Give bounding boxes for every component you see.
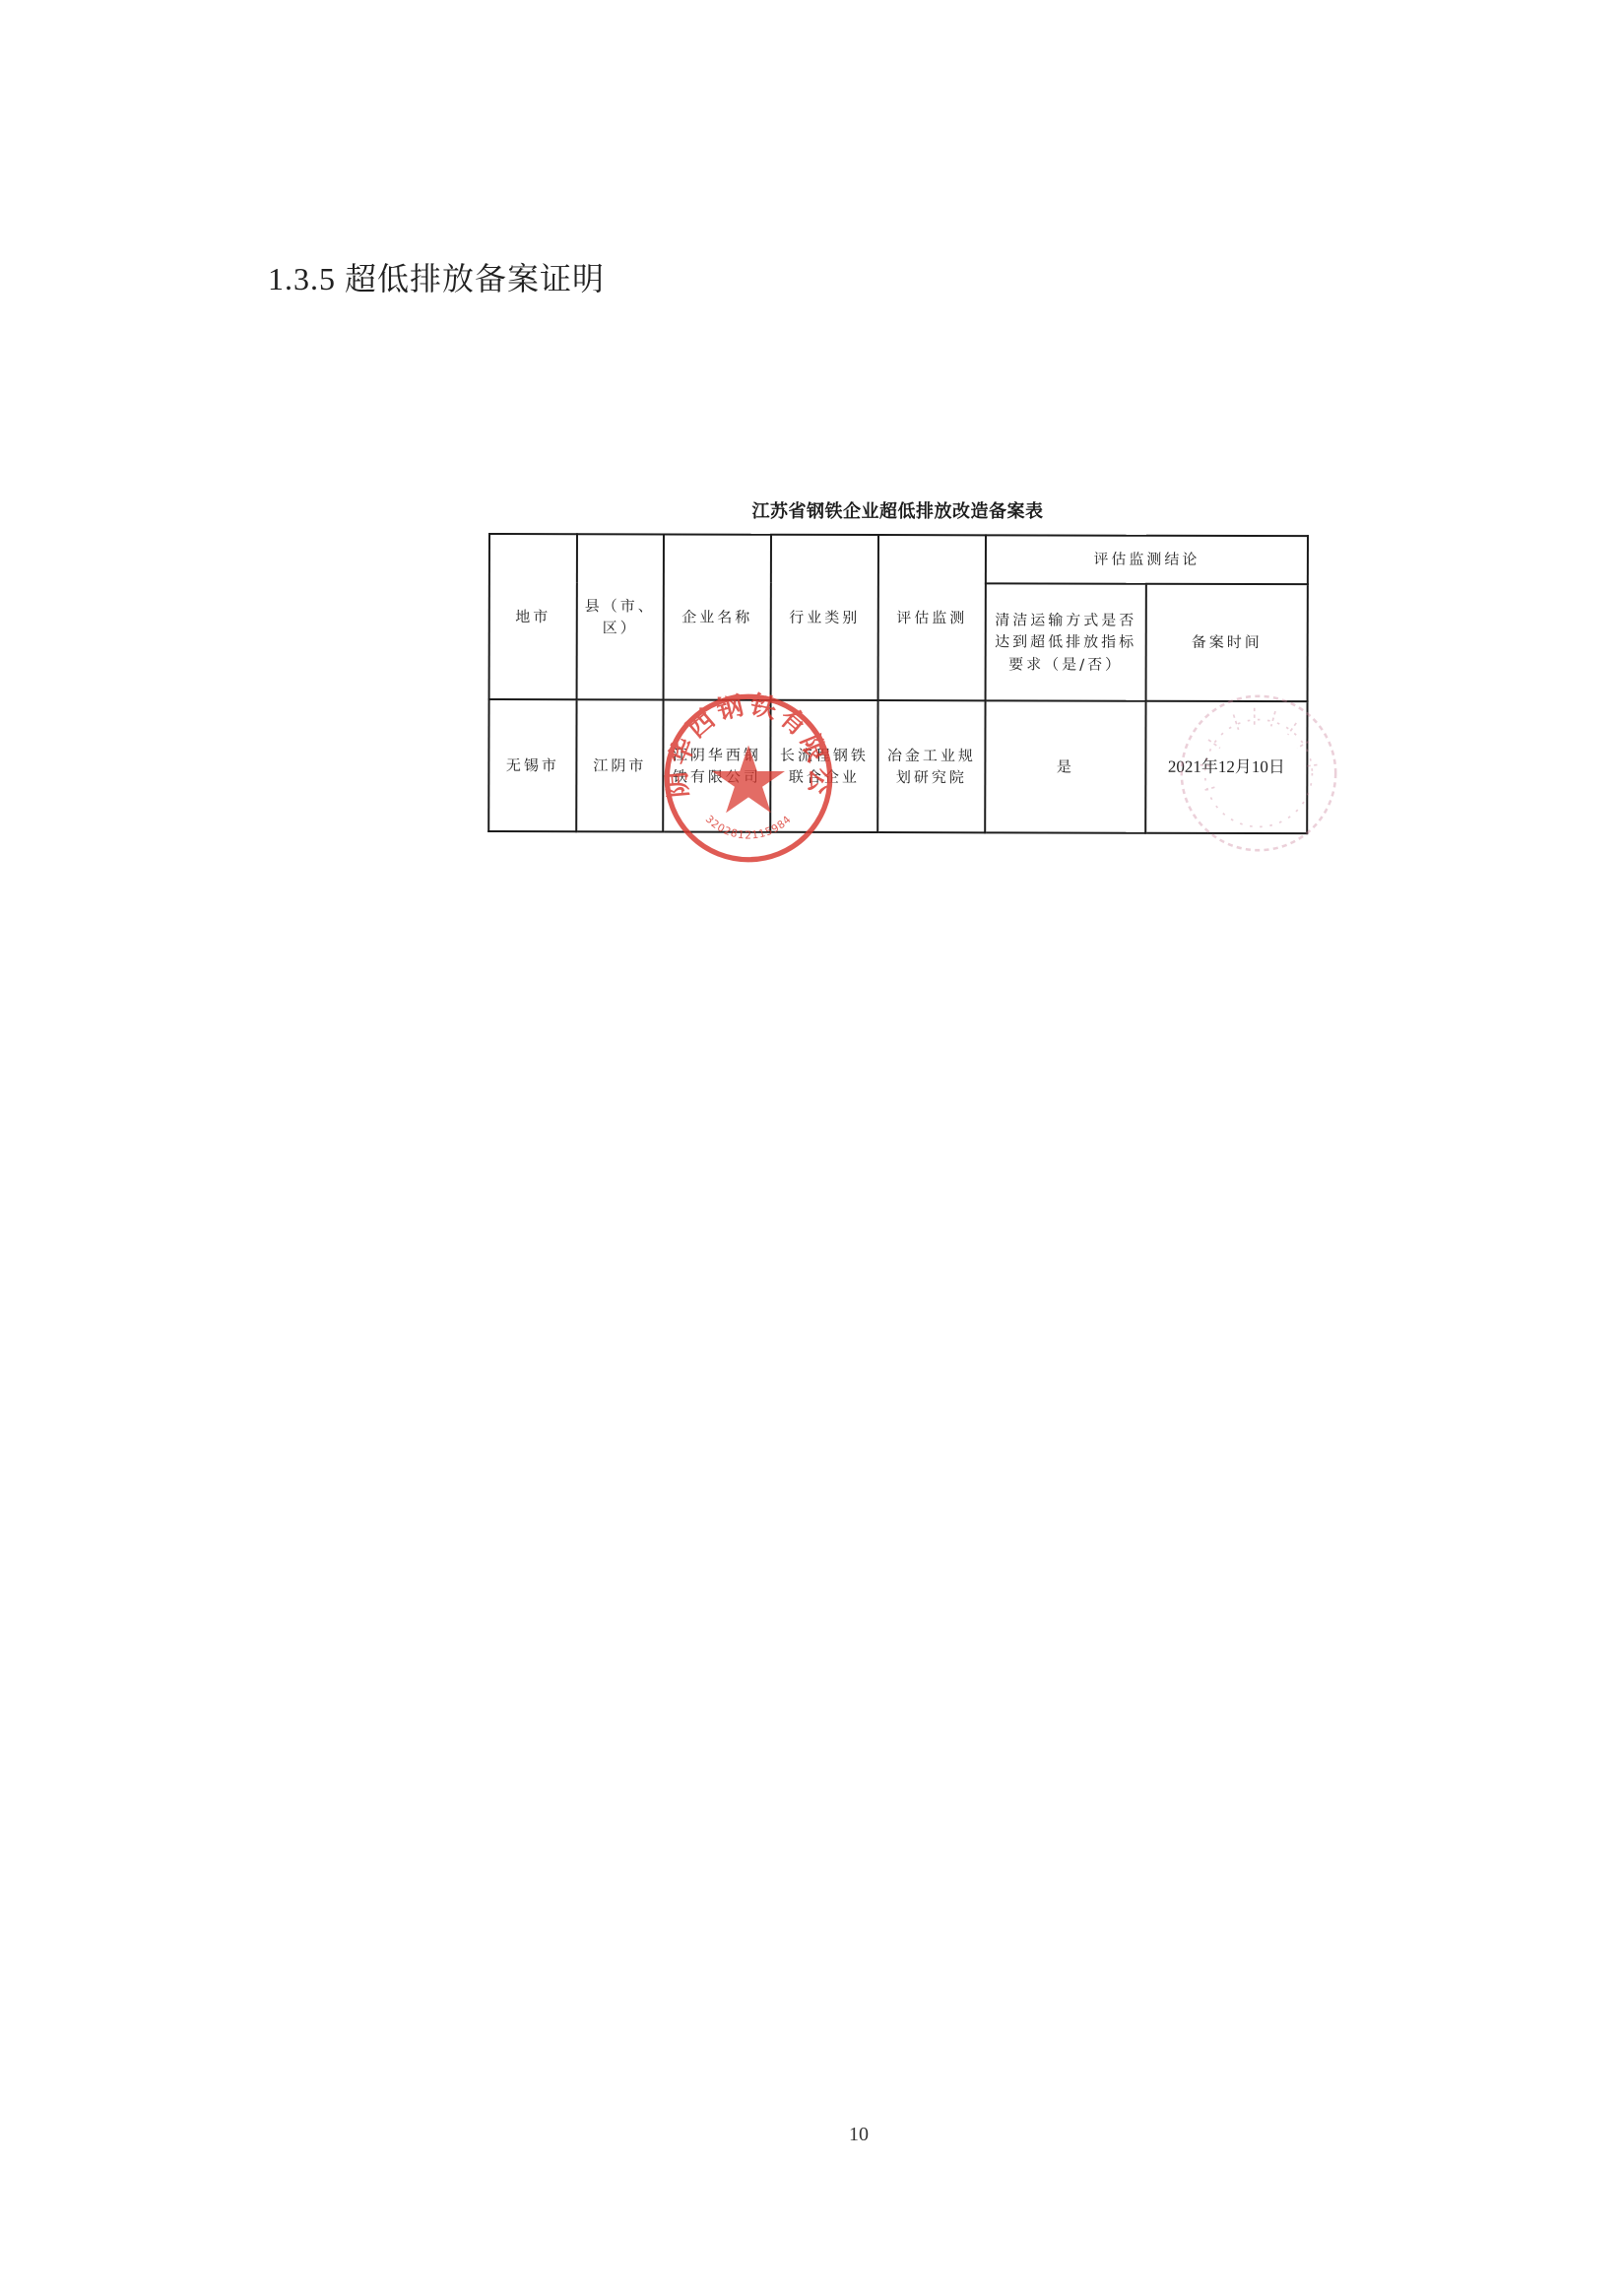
header-filing-time: 备案时间 (1146, 584, 1308, 701)
header-row: 地市 县（市、区） 企业名称 行业类别 评估监测 评估监测结论 (489, 534, 1308, 584)
table-row: 无锡市 江阴市 江阴华西钢铁有限公司 长流程钢铁联合企业 冶金工业规划研究院 是… (488, 699, 1307, 833)
header-clean-transport: 清洁运输方式是否达到超低排放指标要求（是/否） (986, 583, 1146, 700)
cell-filing-time: 2021年12月10日 (1145, 701, 1307, 833)
filing-table: 地市 县（市、区） 企业名称 行业类别 评估监测 评估监测结论 清洁运输方式是否… (487, 533, 1309, 834)
header-county: 县（市、区） (577, 534, 664, 699)
page-number: 10 (849, 2124, 869, 2146)
header-industry-category: 行业类别 (771, 535, 878, 700)
cell-industry-category: 长流程钢铁联合企业 (770, 700, 877, 832)
cell-company-name: 江阴华西钢铁有限公司 (663, 699, 770, 831)
header-conclusion-group: 评估监测结论 (986, 535, 1308, 584)
cell-assessment-monitoring: 冶金工业规划研究院 (877, 700, 985, 832)
header-company-name: 企业名称 (664, 534, 771, 699)
section-heading: 1.3.5 超低排放备案证明 (268, 254, 605, 299)
header-assessment-monitoring: 评估监测 (878, 535, 986, 700)
cell-city: 无锡市 (488, 699, 576, 831)
header-city: 地市 (489, 534, 577, 699)
table-title: 江苏省钢铁企业超低排放改造备案表 (488, 497, 1307, 523)
cell-county: 江阴市 (576, 699, 663, 831)
cell-clean-transport: 是 (985, 700, 1145, 832)
